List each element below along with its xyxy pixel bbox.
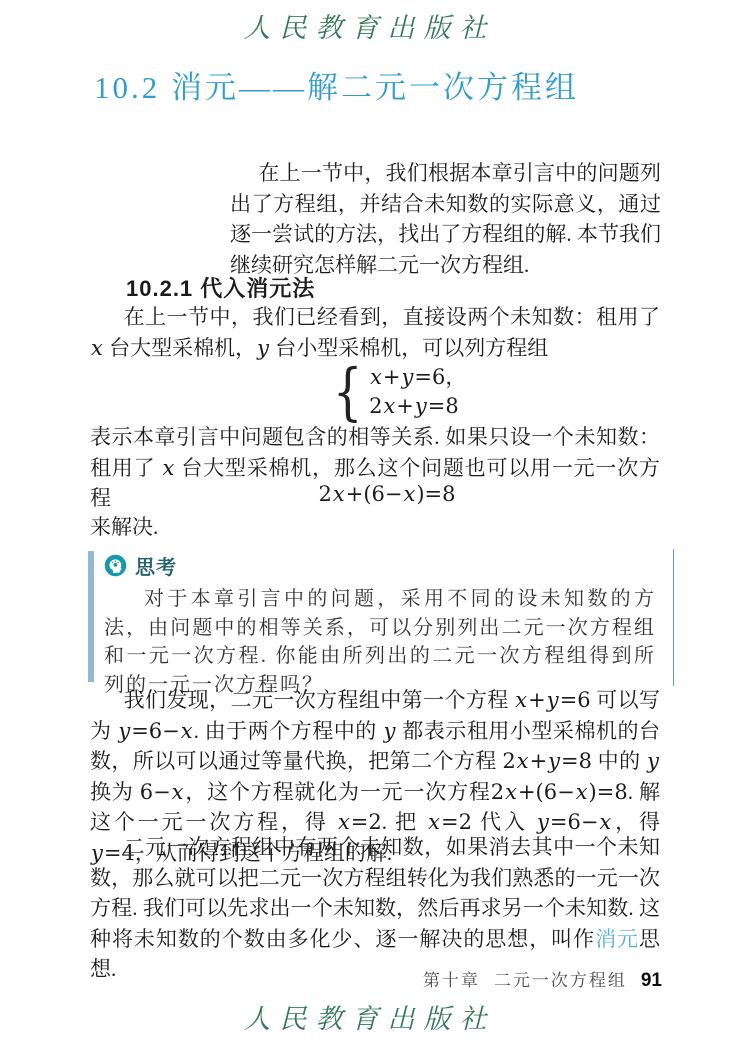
- page-number: 91: [641, 970, 662, 992]
- paragraph-setup: 在上一节中，我们已经看到，直接设两个未知数：租用了 x 台大型采棉机，y 台小型…: [90, 302, 660, 363]
- paragraph-solve-suffix: 来解决.: [90, 512, 660, 543]
- footer-section: 二元一次方程组: [494, 966, 627, 991]
- paragraph-elimination-idea: 二元一次方程组中有两个未知数，如果消去其中一个未知数，那么就可以把二元一次方程组…: [90, 832, 660, 985]
- think-box-body: 对于本章引言中的问题，采用不同的设未知数的方法，由问题中的相等关系，可以分别列出…: [104, 585, 656, 699]
- equation-display: 2x+(6−x)=8: [90, 482, 660, 507]
- think-box-right-rule: [673, 549, 675, 686]
- think-box-left-bar: [88, 551, 94, 682]
- footer-chapter: 第十章: [423, 966, 480, 991]
- page-footer: 第十章 二元一次方程组 91: [423, 966, 662, 992]
- equation-system: { x+y=6， 2x+y=8: [90, 362, 660, 422]
- section-title: 10.2 消元——解二元一次方程组: [94, 62, 579, 107]
- equation-line-1: x+y=6，: [369, 364, 466, 391]
- intro-paragraph: 在上一节中，我们根据本章引言中的问题列出了方程组，并结合未知数的实际意义，通过逐…: [230, 158, 661, 280]
- think-box-title: 思考: [135, 551, 177, 580]
- publisher-watermark-bottom: 人民教育出版社: [0, 997, 739, 1036]
- publisher-watermark-top: 人民教育出版社: [0, 6, 739, 45]
- textbook-page: 人民教育出版社 10.2 消元——解二元一次方程组 在上一节中，我们根据本章引言…: [0, 0, 739, 1044]
- head-lightbulb-icon: [104, 554, 127, 577]
- think-box: 思考 对于本章引言中的问题，采用不同的设未知数的方法，由问题中的相等关系，可以分…: [88, 549, 674, 686]
- subsection-heading: 10.2.1 代入消元法: [126, 272, 315, 303]
- equation-line-2: 2x+y=8: [369, 393, 466, 420]
- system-brace: {: [333, 362, 363, 422]
